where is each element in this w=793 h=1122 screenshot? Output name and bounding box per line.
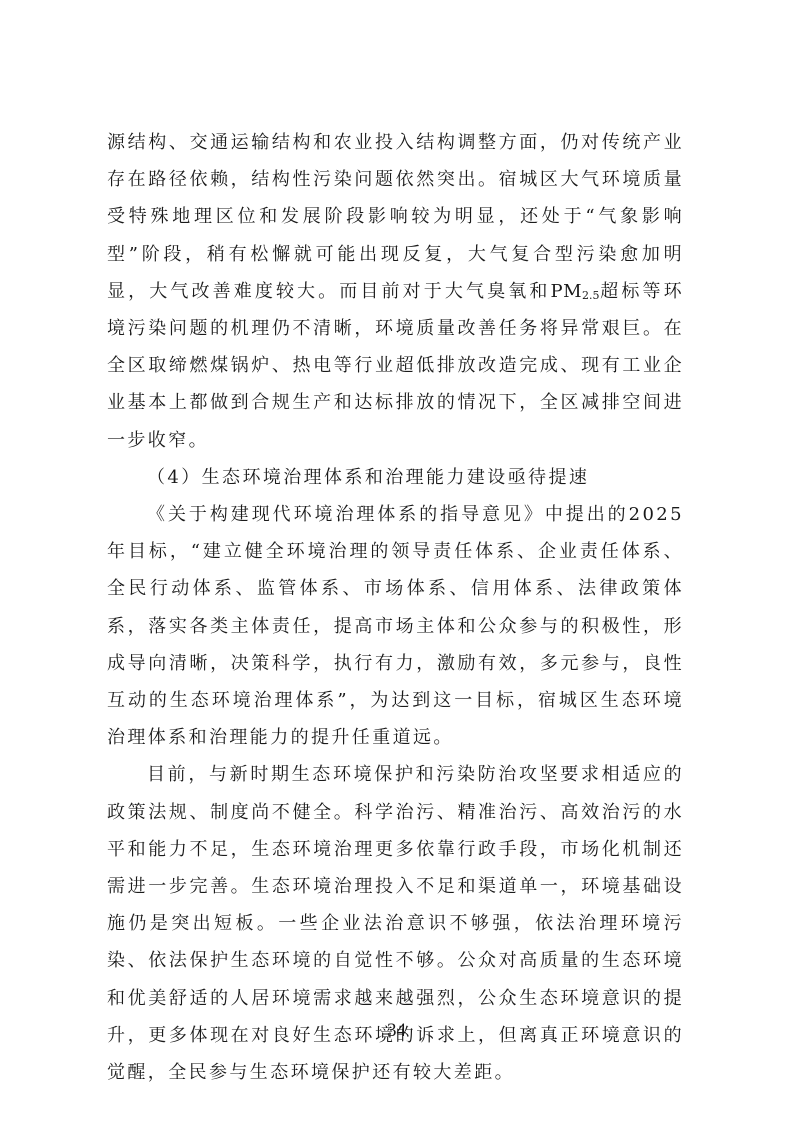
paragraph-guidance-goals: 《关于构建现代环境治理体系的指导意见》中提出的2025年目标，“建立健全环境治理… <box>107 496 684 756</box>
document-page: 源结构、交通运输结构和农业投入结构调整方面，仍对传统产业存在路径依赖，结构性污染… <box>0 0 793 1122</box>
paragraph-text: 超标等环境污染问题的机理仍不清晰，环境质量改善任务将异常艰巨。在全区取缔燃煤锅炉… <box>107 281 684 451</box>
pm-subscript: 2.5 <box>582 289 600 302</box>
pm-label: PM <box>550 281 582 302</box>
body-text: 源结构、交通运输结构和农业投入结构调整方面，仍对传统产业存在路径依赖，结构性污染… <box>107 124 684 1091</box>
section-heading-4: （4）生态环境治理体系和治理能力建设亟待提速 <box>107 459 684 496</box>
page-number: 34 <box>0 1020 793 1042</box>
paragraph-text: 源结构、交通运输结构和农业投入结构调整方面，仍对传统产业存在路径依赖，结构性污染… <box>107 132 684 302</box>
paragraph-structural-pollution: 源结构、交通运输结构和农业投入结构调整方面，仍对传统产业存在路径依赖，结构性污染… <box>107 124 684 459</box>
